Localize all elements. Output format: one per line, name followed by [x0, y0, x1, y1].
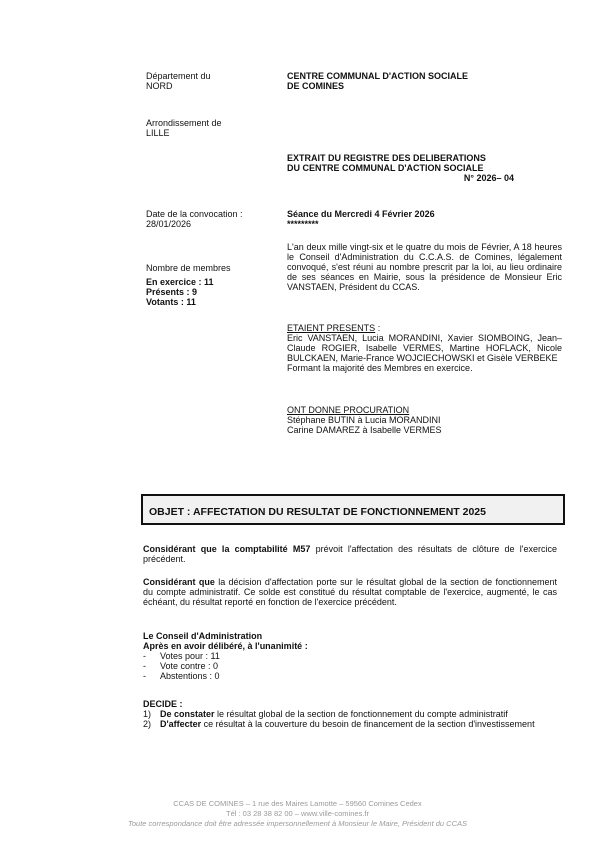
- org-line-2: DE COMINES: [287, 81, 562, 91]
- department-value: NORD: [146, 81, 276, 91]
- footer-address: CCAS DE COMINES – 1 rue des Maires Lamot…: [0, 799, 595, 809]
- objet-box: OBJET : AFFECTATION DU RESULTAT DE FONCT…: [141, 494, 565, 525]
- separator: *********: [287, 219, 562, 229]
- footer: CCAS DE COMINES – 1 rue des Maires Lamot…: [0, 799, 595, 829]
- extract-title: EXTRAIT DU REGISTRE DES DELIBERATIONS DU…: [287, 153, 562, 183]
- presents-heading: ETAIENT PRESENTS: [287, 323, 375, 333]
- vote-item: -Votes pour : 11: [143, 651, 557, 661]
- footer-notice: Toute correspondance doit être adressée …: [0, 819, 595, 829]
- considerant-2: Considérant que la décision d'affectatio…: [143, 577, 557, 607]
- seance-block: Séance du Mercredi 4 Février 2026 ******…: [287, 209, 562, 229]
- footer-contact: Tél : 03 28 38 82 00 – www.ville-comines…: [0, 809, 595, 819]
- members-label: Nombre de membres: [146, 263, 276, 273]
- presents-list: Eric VANSTAEN, Lucia MORANDINI, Xavier S…: [287, 333, 562, 363]
- deliberation-number: N° 2026– 04: [287, 173, 562, 183]
- procuration-heading: ONT DONNE PROCURATION: [287, 405, 562, 415]
- extract-line-1: EXTRAIT DU REGISTRE DES DELIBERATIONS: [287, 153, 562, 163]
- members-block: Nombre de membres En exercice : 11 Prése…: [146, 263, 276, 307]
- decision-item: 2) D'affecter ce résultat à la couvertur…: [143, 719, 557, 729]
- department-block: Département du NORD: [146, 71, 276, 91]
- presents-count: Présents : 9: [146, 287, 276, 297]
- considerant-1: Considérant que la comptabilité M57 prév…: [143, 544, 557, 564]
- en-exercice: En exercice : 11: [146, 277, 276, 287]
- department-label: Département du: [146, 71, 276, 81]
- intro-paragraph: L'an deux mille vingt-six et le quatre d…: [287, 242, 562, 292]
- deliberation-line: Après en avoir délibéré, à l'unanimité :: [143, 641, 557, 651]
- procuration-item: Stéphane BUTIN à Lucia MORANDINI: [287, 415, 562, 425]
- seance-title: Séance du Mercredi 4 Février 2026: [287, 209, 562, 219]
- presents-section: ETAIENT PRESENTS : Eric VANSTAEN, Lucia …: [287, 323, 562, 373]
- extract-line-2: DU CENTRE COMMUNAL D'ACTION SOCIALE: [287, 163, 562, 173]
- objet-title: OBJET : AFFECTATION DU RESULTAT DE FONCT…: [149, 506, 486, 518]
- convocation-label: Date de la convocation :: [146, 209, 276, 219]
- votants-count: Votants : 11: [146, 297, 276, 307]
- procuration-section: ONT DONNE PROCURATION Stéphane BUTIN à L…: [287, 405, 562, 435]
- council-heading: Le Conseil d'Administration: [143, 631, 557, 641]
- majority-text: Formant la majorité des Membres en exerc…: [287, 363, 562, 373]
- arrondissement-value: LILLE: [146, 128, 276, 138]
- vote-item: -Abstentions : 0: [143, 671, 557, 681]
- org-line-1: CENTRE COMMUNAL D'ACTION SOCIALE: [287, 71, 562, 81]
- decision-item: 1) De constater le résultat global de la…: [143, 709, 557, 719]
- vote-item: -Vote contre : 0: [143, 661, 557, 671]
- convocation-block: Date de la convocation : 28/01/2026: [146, 209, 276, 229]
- procuration-item: Carine DAMAREZ à Isabelle VERMES: [287, 425, 562, 435]
- council-block: Le Conseil d'Administration Après en avo…: [143, 631, 557, 681]
- convocation-date: 28/01/2026: [146, 219, 276, 229]
- decide-block: DECIDE : 1) De constater le résultat glo…: [143, 699, 557, 729]
- arrondissement-block: Arrondissement de LILLE: [146, 118, 276, 138]
- organization-title: CENTRE COMMUNAL D'ACTION SOCIALE DE COMI…: [287, 71, 562, 91]
- decide-heading: DECIDE :: [143, 699, 557, 709]
- arrondissement-label: Arrondissement de: [146, 118, 276, 128]
